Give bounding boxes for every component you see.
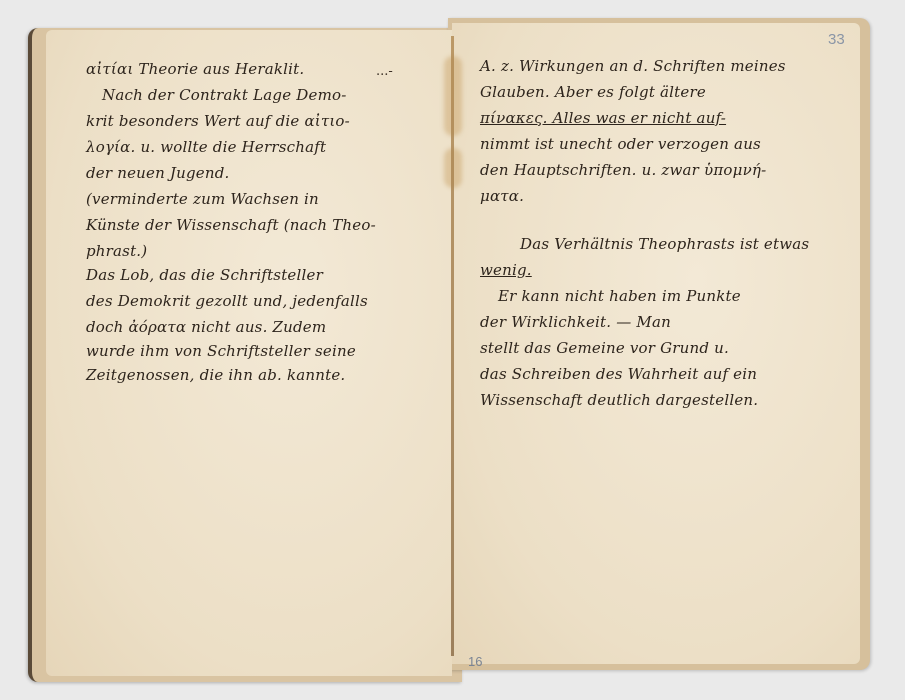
left-page: αἰτίαι Theorie aus Heraklit. ...- Nach d… (46, 30, 452, 676)
right-line-13: Wissenschaft deutlich dargestellen. (480, 391, 758, 409)
right-line-2: Glauben. Aber es folgt ältere (480, 83, 706, 101)
right-line-3: πίνακες. Alles was er nicht auf- (480, 109, 726, 127)
left-line-8: phrast.) (86, 242, 147, 260)
right-line-12: das Schreiben des Wahrheit auf ein (480, 365, 757, 383)
left-line-10: des Demokrit gezollt und, jedenfalls (86, 292, 368, 310)
left-line-11: doch ἀόρατα nicht aus. Zudem (86, 318, 326, 336)
left-line-6: (verminderte zum Wachsen in (86, 190, 319, 208)
left-line-3: krit besonders Wert auf die αἰτιο- (86, 112, 350, 130)
margin-mark: ...- (376, 64, 393, 79)
right-line-6: ματα. (480, 187, 524, 205)
notebook: αἰτίαι Theorie aus Heraklit. ...- Nach d… (28, 18, 870, 682)
right-line-7: Das Verhältnis Theophrasts ist etwas (520, 235, 809, 253)
right-line-4: nimmt ist unecht oder verzogen aus (480, 135, 761, 153)
left-line-9: Das Lob, das die Schriftsteller (86, 266, 323, 284)
folio-number-pencil: 33 (828, 31, 845, 48)
binding-gutter (451, 36, 454, 656)
right-line-10: der Wirklichkeit. — Man (480, 313, 671, 331)
right-line-8: wenig. (480, 261, 532, 279)
left-line-4: λογία. u. wollte die Herrschaft (86, 138, 326, 156)
right-line-5: den Hauptschriften. u. zwar ὑπομνή- (480, 161, 766, 179)
left-line-5: der neuen Jugend. (86, 164, 230, 182)
left-line-1: αἰτίαι Theorie aus Heraklit. (86, 60, 304, 78)
right-line-9: Er kann nicht haben im Punkte (498, 287, 741, 305)
left-line-12: wurde ihm von Schriftsteller seine (86, 342, 356, 360)
left-line-7: Künste der Wissenschaft (nach Theo- (86, 216, 376, 234)
right-line-11: stellt das Gemeine vor Grund u. (480, 339, 729, 357)
left-line-2: Nach der Contrakt Lage Demo- (102, 86, 347, 104)
page-number: 16 (468, 654, 482, 669)
right-line-1: A. z. Wirkungen an d. Schriften meines (480, 57, 786, 75)
right-page: 33 A. z. Wirkungen an d. Schriften meine… (452, 23, 860, 664)
left-line-13: Zeitgenossen, die ihn ab. kannte. (86, 366, 345, 384)
